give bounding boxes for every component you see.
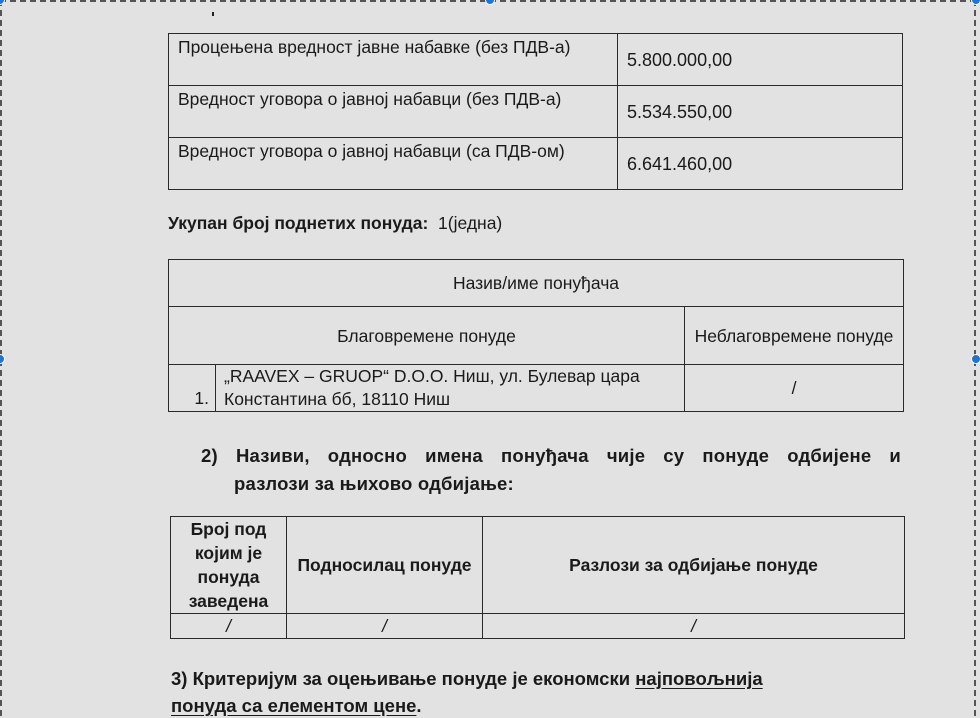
- rejected-offers-table: Број под којим је понуда заведена Поднос…: [170, 516, 905, 639]
- col-late-offers: Неблаговремене понуде: [685, 307, 904, 365]
- section-2-heading: 2) Називи, односно имена понуђача чије с…: [201, 442, 901, 498]
- table-row: Процењена вредност јавне набавке (без ПД…: [169, 34, 903, 86]
- estimated-value-label: Процењена вредност јавне набавке (без ПД…: [169, 34, 618, 86]
- cell-rejection-reasons: /: [483, 614, 905, 639]
- table-row: / / /: [171, 614, 905, 639]
- contract-value-incl-vat-label: Вредност уговора о јавној набавци (са ПД…: [169, 138, 618, 190]
- bidders-table-title: Назив/име понуђача: [169, 260, 904, 307]
- section-3-underlined-2: понуда са елементом цене: [171, 695, 416, 716]
- col-submitter: Подносилац понуде: [287, 517, 483, 614]
- table-row: 1. „RAAVEX – GRUOP“ D.O.O. Ниш, ул. Буле…: [169, 365, 904, 412]
- col-registration-number: Број под којим је понуда заведена: [171, 517, 287, 614]
- section-3-underlined-1: најповољнија: [635, 668, 762, 689]
- bidder-number: 1.: [169, 365, 216, 412]
- total-offers: Укупан број поднетих понуда: 1(једна): [168, 213, 502, 234]
- contract-value-excl-vat-label: Вредност уговора о јавној набавци (без П…: [169, 86, 618, 138]
- section-3-criterion: 3) Критеријум за оцењивање понуде је еко…: [171, 665, 763, 718]
- cell-registration-number: /: [171, 614, 287, 639]
- col-timely-offers: Благовремене понуде: [169, 307, 685, 365]
- total-offers-value: 1(једна): [438, 213, 502, 233]
- table-header-row: Број под којим је понуда заведена Поднос…: [171, 517, 905, 614]
- section-2-line-1: 2) Називи, односно имена понуђача чије с…: [201, 442, 901, 470]
- estimated-value: 5.800.000,00: [618, 34, 903, 86]
- bidders-table: Назив/име понуђача Благовремене понуде Н…: [168, 259, 904, 412]
- cell-submitter: /: [287, 614, 483, 639]
- section-2-line-2: разлози за њихово одбијање:: [201, 470, 901, 498]
- document-page: Процењена вредност јавне набавке (без ПД…: [0, 0, 980, 718]
- contract-value-incl-vat: 6.641.460,00: [618, 138, 903, 190]
- table-row: Вредност уговора о јавној набавци (са ПД…: [169, 138, 903, 190]
- scan-speck: [212, 12, 214, 16]
- col-rejection-reasons: Разлози за одбијање понуде: [483, 517, 905, 614]
- table-row: Благовремене понуде Неблаговремене понуд…: [169, 307, 904, 365]
- table-row: Вредност уговора о јавној набавци (без П…: [169, 86, 903, 138]
- bidder-name: „RAAVEX – GRUOP“ D.O.O. Ниш, ул. Булевар…: [216, 365, 685, 412]
- contract-value-excl-vat: 5.534.550,00: [618, 86, 903, 138]
- late-offer-value: /: [685, 365, 904, 412]
- section-3-suffix: .: [416, 695, 421, 716]
- table-row: Назив/име понуђача: [169, 260, 904, 307]
- values-table: Процењена вредност јавне набавке (без ПД…: [168, 33, 903, 190]
- total-offers-label: Укупан број поднетих понуда:: [168, 213, 428, 233]
- section-3-prefix: 3) Критеријум за оцењивање понуде је еко…: [171, 668, 635, 689]
- resize-handle-right[interactable]: [971, 354, 980, 364]
